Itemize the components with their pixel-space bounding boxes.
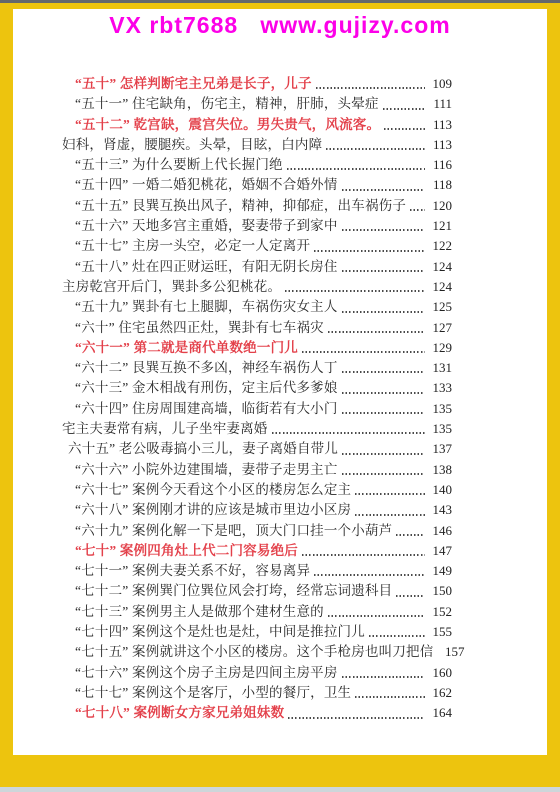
toc-entry-page: 146 [428,521,452,541]
toc-entry-page: 113 [428,135,452,155]
toc-entry-page: 135 [428,399,452,419]
toc-list: “五十” 怎样判断宅主兄弟是长子，儿子109“五十一” 住宅缺角，伤宅主，精神，… [13,74,547,724]
toc-entry: “六十四” 住房周围建高墙，临街若有大小门135 [62,399,452,419]
toc-entry-label: “六十二” 艮巽互换不多凶，神经车祸伤人丁 [62,358,338,378]
dot-leader [396,595,425,597]
toc-entry: “七十五” 案例就讲这个小区的楼房。这个手枪房也叫刀把信157 [62,642,452,662]
toc-entry: 妇科，肾虚，腰腿疾。头晕，目眩，白内障113 [62,135,452,155]
toc-entry: “五十六” 天地多宫主重婚，娶妻带子到家中121 [62,216,452,236]
toc-entry-label: “七十” 案例四角灶上代二门容易绝后 [62,541,298,561]
toc-entry: “六十八” 案例刚才讲的应该是城市里边小区房143 [62,500,452,520]
toc-entry-label: “七十五” 案例就讲这个小区的楼房。这个手枪房也叫刀把信 [62,642,433,662]
toc-entry-page: 124 [428,257,452,277]
toc-entry: “七十四” 案例这个是灶也是灶，中间是推拉门儿155 [62,622,452,642]
toc-entry: “六十六” 小院外边建围墙，妻带子走男主亡138 [62,460,452,480]
dot-leader [342,412,425,414]
toc-entry-page: 113 [428,115,452,135]
toc-entry-label: “六十四” 住房周围建高墙，临街若有大小门 [62,399,338,419]
toc-entry-page: 152 [428,602,452,622]
toc-entry: 宅主夫妻常有病，儿子坐牢妻离婚135 [62,419,452,439]
toc-entry-page: 155 [428,622,452,642]
toc-entry: “六十三” 金木相战有刑伤，定主后代多爹娘133 [62,378,452,398]
toc-entry-label: “五十九” 巽卦有七上腿脚，车祸伤灾女主人 [62,297,338,317]
toc-entry-label: 宅主夫妻常有病，儿子坐牢妻离婚 [62,419,268,439]
toc-entry-page: 127 [428,318,452,338]
toc-entry-page: 120 [428,196,452,216]
toc-entry-label: “六十八” 案例刚才讲的应该是城市里边小区房 [62,500,351,520]
toc-entry-label: “六十七” 案例今天看这个小区的楼房怎么定主 [62,480,351,500]
toc-entry-label: “五十一” 住宅缺角，伤宅主，精神，肝肺，头晕症 [62,94,379,114]
dot-leader [369,635,425,637]
toc-entry-page: 140 [428,480,452,500]
toc-entry-page: 121 [428,216,452,236]
dot-leader [342,473,425,475]
dot-leader [328,615,425,617]
toc-entry-page: 111 [428,94,452,114]
toc-entry-page: 125 [428,297,452,317]
toc-entry-label: 主房乾宫开后门，巽卦多公犯桃花。 [62,277,281,297]
toc-entry-label: “六十六” 小院外边建围墙，妻带子走男主亡 [62,460,338,480]
toc-entry: “五十五” 艮巽互换出风子，精神，抑郁症，出车祸伤子120 [62,196,452,216]
toc-entry: “五十二” 乾宫缺，震宫失位。男失贵气，风流客。113 [62,115,452,135]
toc-entry: “五十一” 住宅缺角，伤宅主，精神，肝肺，头晕症111 [62,94,452,114]
toc-entry: “五十八” 灶在四正财运旺，有阳无阴长房住124 [62,257,452,277]
toc-entry: “五十四” 一婚二婚犯桃花，婚姻不合婚外情118 [62,175,452,195]
toc-entry-page: 129 [428,338,452,358]
toc-entry: “七十六” 案例这个房子主房是四间主房平房160 [62,663,452,683]
toc-entry-page: 131 [428,358,452,378]
dot-leader [285,290,425,292]
toc-entry: “六十七” 案例今天看这个小区的楼房怎么定主140 [62,480,452,500]
dot-leader [316,87,425,89]
toc-entry-page: 147 [428,541,452,561]
scanned-page: { "header": { "watermark": "VX rbt7688 w… [0,0,560,792]
dot-leader [342,676,425,678]
toc-entry: “六十九” 案例化解一下是吧，顶大门口挂一个小葫芦146 [62,521,452,541]
toc-entry-label: “七十二” 案例巽门位巽位风会打垮，经常忘词遗科目 [62,581,392,601]
toc-entry-label: “五十” 怎样判断宅主兄弟是长子，儿子 [62,74,312,94]
toc-entry-label: “六十三” 金木相战有刑伤，定主后代多爹娘 [62,378,338,398]
toc-entry: “六十” 住宅虽然四正灶，巽卦有七车祸灾127 [62,318,452,338]
toc-entry-page: 122 [428,236,452,256]
dot-leader [342,371,425,373]
toc-entry-page: 124 [428,277,452,297]
toc-entry: “六十二” 艮巽互换不多凶，神经车祸伤人丁131 [62,358,452,378]
toc-entry-label: “七十一” 案例夫妻关系不好，容易离异 [62,561,310,581]
dot-leader [302,554,425,556]
toc-entry-page: 116 [428,155,452,175]
toc-entry: “六十一” 第二就是商代单数绝一门儿129 [62,338,452,358]
toc-entry: 六十五” 老公吸毒搞小三儿，妻子离婚自带儿137 [62,439,452,459]
dot-leader [326,148,425,150]
toc-entry-page: 109 [428,74,452,94]
dot-leader [342,229,425,231]
toc-entry: “七十” 案例四角灶上代二门容易绝后147 [62,541,452,561]
dot-leader [355,514,425,516]
toc-entry-page: 118 [428,175,452,195]
toc-entry-page: 157 [440,642,464,662]
toc-entry-page: 137 [428,439,452,459]
toc-entry: “七十二” 案例巽门位巽位风会打垮，经常忘词遗科目150 [62,581,452,601]
dot-leader [384,128,425,130]
dot-leader [314,574,425,576]
toc-entry: “五十七” 主房一头空，必定一人定离开122 [62,236,452,256]
dot-leader [355,493,425,495]
toc-entry: “七十八” 案例断女方家兄弟姐妹数164 [62,703,452,723]
dot-leader [410,209,425,211]
toc-entry-label: “七十三” 案例男主人是做那个建材生意的 [62,602,324,622]
toc-entry-label: “六十九” 案例化解一下是吧，顶大门口挂一个小葫芦 [62,521,392,541]
watermark-header: VX rbt7688 www.gujizy.com [13,9,547,39]
dot-leader [272,432,426,434]
dot-leader [302,351,425,353]
toc-entry: 主房乾宫开后门，巽卦多公犯桃花。124 [62,277,452,297]
toc-entry-label: “七十八” 案例断女方家兄弟姐妹数 [62,703,284,723]
toc-entry-label: “六十一” 第二就是商代单数绝一门儿 [62,338,298,358]
dot-leader [342,270,425,272]
toc-entry: “五十三” 为什么要断上代长握门绝116 [62,155,452,175]
dot-leader [383,108,425,110]
toc-entry-label: 妇科，肾虚，腰腿疾。头晕，目眩，白内障 [62,135,322,155]
dot-leader [342,189,425,191]
toc-entry-page: 150 [428,581,452,601]
toc-entry-label: “五十五” 艮巽互换出风子，精神，抑郁症，出车祸伤子 [62,196,406,216]
toc-entry-page: 149 [428,561,452,581]
toc-entry: “七十三” 案例男主人是做那个建材生意的152 [62,602,452,622]
toc-entry-page: 164 [428,703,452,723]
dot-leader [355,696,425,698]
book-page: VX rbt7688 www.gujizy.com “五十” 怎样判断宅主兄弟是… [13,9,547,755]
toc-entry-page: 160 [428,663,452,683]
toc-entry-label: “五十七” 主房一头空，必定一人定离开 [62,236,310,256]
toc-entry-label: “七十七” 案例这个是客厅，小型的餐厅，卫生 [62,683,351,703]
toc-entry-label: “五十六” 天地多宫主重婚，娶妻带子到家中 [62,216,338,236]
toc-entry-label: “七十四” 案例这个是灶也是灶，中间是推拉门儿 [62,622,365,642]
toc-entry-page: 138 [428,460,452,480]
dot-leader [328,331,425,333]
toc-entry: “七十七” 案例这个是客厅，小型的餐厅，卫生162 [62,683,452,703]
scan-bottom-edge [0,787,560,792]
toc-entry-label: “七十六” 案例这个房子主房是四间主房平房 [62,663,338,683]
toc-entry-page: 133 [428,378,452,398]
toc-entry-label: 六十五” 老公吸毒搞小三儿，妻子离婚自带儿 [62,439,338,459]
toc-entry: “五十” 怎样判断宅主兄弟是长子，儿子109 [62,74,452,94]
toc-entry-page: 162 [428,683,452,703]
toc-entry: “五十九” 巽卦有七上腿脚，车祸伤灾女主人125 [62,297,452,317]
toc-entry-page: 143 [428,500,452,520]
dot-leader [396,534,425,536]
dot-leader [288,717,425,719]
dot-leader [342,392,425,394]
dot-leader [342,311,425,313]
dot-leader [314,250,425,252]
toc-entry-page: 135 [428,419,452,439]
toc-entry-label: “五十八” 灶在四正财运旺，有阳无阴长房住 [62,257,338,277]
scan-top-edge [0,0,560,3]
toc-entry-label: “六十” 住宅虽然四正灶，巽卦有七车祸灾 [62,318,324,338]
dot-leader [342,453,425,455]
dot-leader [287,168,425,170]
toc-entry-label: “五十三” 为什么要断上代长握门绝 [62,155,283,175]
toc-entry: “七十一” 案例夫妻关系不好，容易离异149 [62,561,452,581]
toc-entry-label: “五十二” 乾宫缺，震宫失位。男失贵气，风流客。 [62,115,380,135]
toc-entry-label: “五十四” 一婚二婚犯桃花，婚姻不合婚外情 [62,175,338,195]
